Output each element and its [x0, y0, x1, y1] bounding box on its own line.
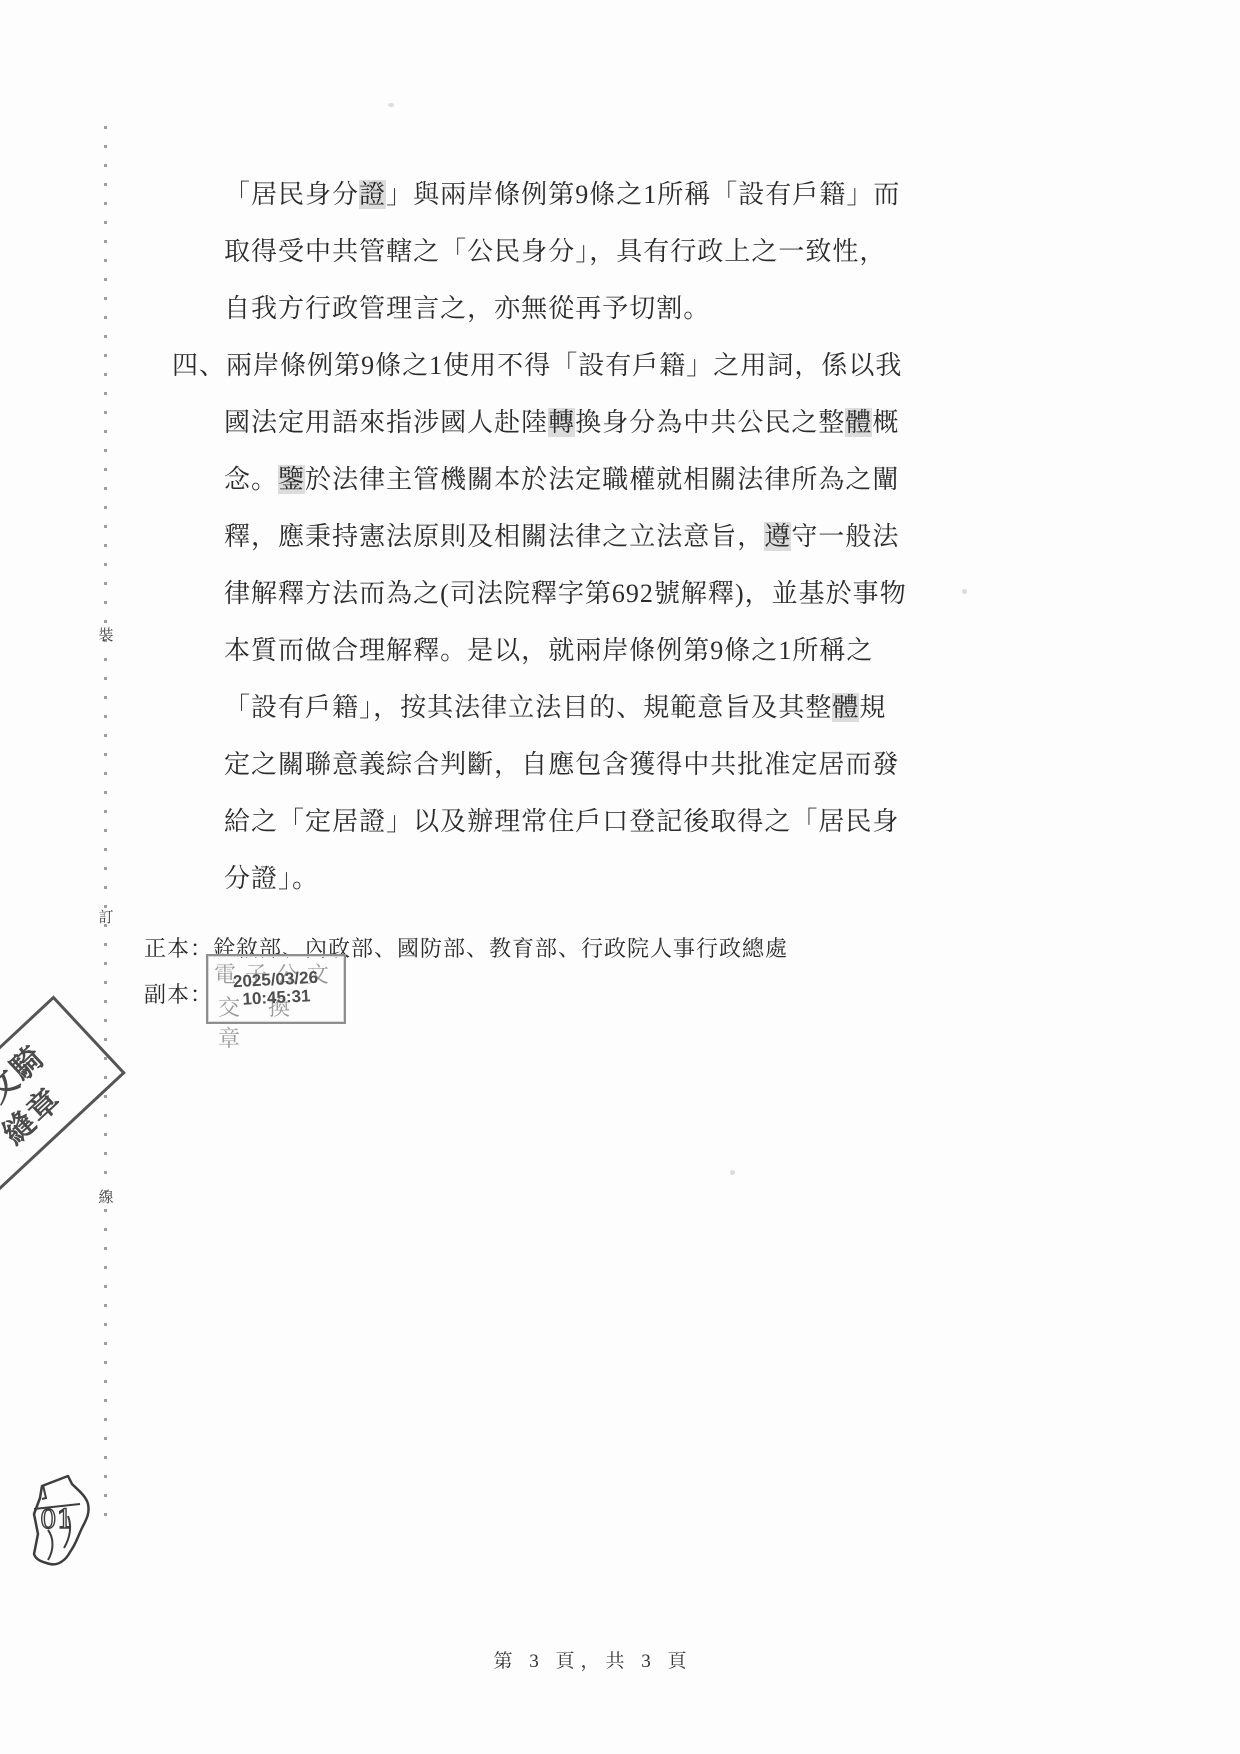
- original-copy-label: 正本：: [144, 936, 213, 961]
- scan-speck: [962, 589, 967, 594]
- highlighted-char: 鑒: [278, 465, 305, 494]
- body-line: 本質而做合理解釋。是以，就兩岸條例第9條之1所稱之: [172, 622, 907, 679]
- document-body: 「居民身分證」與兩岸條例第9條之1所稱「設有戶籍」而取得受中共管轄之「公民身分」…: [172, 166, 907, 907]
- binding-mark-ding: 訂: [94, 906, 118, 927]
- binding-mark-zhuang: 裝: [94, 624, 118, 645]
- scan-speck: [730, 1170, 735, 1175]
- highlighted-char: 證: [359, 180, 386, 209]
- body-line: 給之「定居證」以及辦理常住戶口登記後取得之「居民身: [172, 793, 907, 850]
- body-line: 律解釋方法而為之(司法院釋字第692號解釋)，並基於事物: [172, 565, 907, 622]
- corner-scan-mark-number: 01: [40, 1505, 73, 1535]
- highlighted-char: 轉: [548, 408, 575, 437]
- body-line: 定之關聯意義綜合判斷，自應包含獲得中共批准定居而發: [172, 736, 907, 793]
- body-line: 「設有戶籍」，按其法律立法目的、規範意旨及其整體規: [172, 679, 907, 736]
- binding-mark-xian: 線: [94, 1186, 118, 1207]
- body-line: 念。鑒於法律主管機關本於法定職權就相關法律所為之闡: [172, 451, 907, 508]
- body-line: 分證」。: [172, 850, 907, 907]
- scanned-document-page: 裝 訂 線 「居民身分證」與兩岸條例第9條之1所稱「設有戶籍」而取得受中共管轄之…: [0, 0, 1240, 1754]
- highlighted-char: 遵: [764, 522, 791, 551]
- exchange-stamp-time: 10:45:31: [242, 987, 311, 1009]
- highlighted-char: 體: [832, 693, 859, 722]
- corner-scan-mark-outline: 01: [28, 1464, 98, 1572]
- binding-dotted-line: [104, 126, 107, 1516]
- page-number-footer: 第 3 頁，共 3 頁: [0, 1646, 1186, 1673]
- corner-scan-mark: 01: [28, 1464, 98, 1577]
- highlighted-char: 體: [845, 408, 872, 437]
- body-line: 「居民身分證」與兩岸條例第9條之1所稱「設有戶籍」而: [172, 166, 907, 223]
- electronic-exchange-stamp: 電子公文 交換章 2025/03/26 10:45:31: [206, 954, 346, 1024]
- body-line: 國法定用語來指涉國人赴陸轉換身分為中共公民之整體概: [172, 394, 907, 451]
- duplicate-copy-label: 副本：: [144, 982, 213, 1007]
- body-line: 四、兩岸條例第9條之1使用不得「設有戶籍」之用詞，係以我: [172, 337, 907, 394]
- body-line: 取得受中共管轄之「公民身分」，具有行政上之一致性，: [172, 223, 907, 280]
- scan-speck: [388, 103, 394, 107]
- body-line: 釋，應秉持憲法原則及相關法律之立法意旨，遵守一般法: [172, 508, 907, 565]
- cross-page-seal-text: 公文騎縫章: [0, 1033, 86, 1168]
- body-line: 自我方行政管理言之，亦無從再予切割。: [172, 280, 907, 337]
- exchange-stamp-timestamp: 2025/03/26 10:45:31: [206, 952, 345, 1025]
